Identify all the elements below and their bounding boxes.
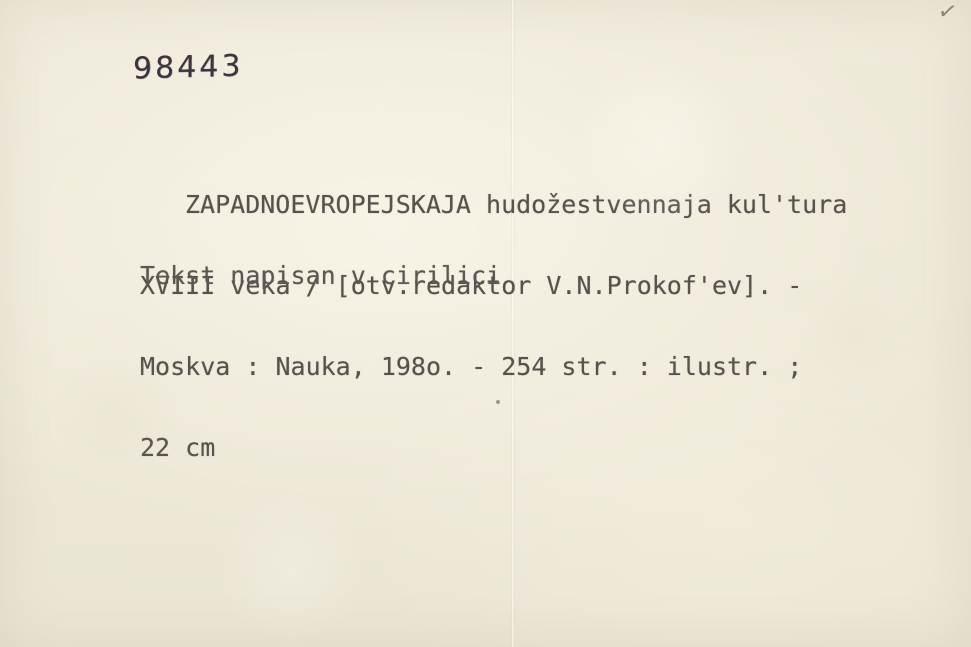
accession-number: 98443 [133,49,244,87]
bibliographic-entry: ZAPADNOEVROPEJSKAJA hudožestvennaja kul'… [140,137,847,515]
check-mark-icon: ✓ [936,0,960,26]
entry-line-size: 22 cm [140,434,847,461]
entry-line-title: ZAPADNOEVROPEJSKAJA hudožestvennaja kul'… [140,191,847,218]
entry-line-imprint: Moskva : Nauka, 198o. - 254 str. : ilust… [140,353,847,380]
catalog-card: 98443 ZAPADNOEVROPEJSKAJA hudožestvennaj… [0,0,971,647]
cyrillic-note: Tekst napisan v cirilici [140,262,501,289]
